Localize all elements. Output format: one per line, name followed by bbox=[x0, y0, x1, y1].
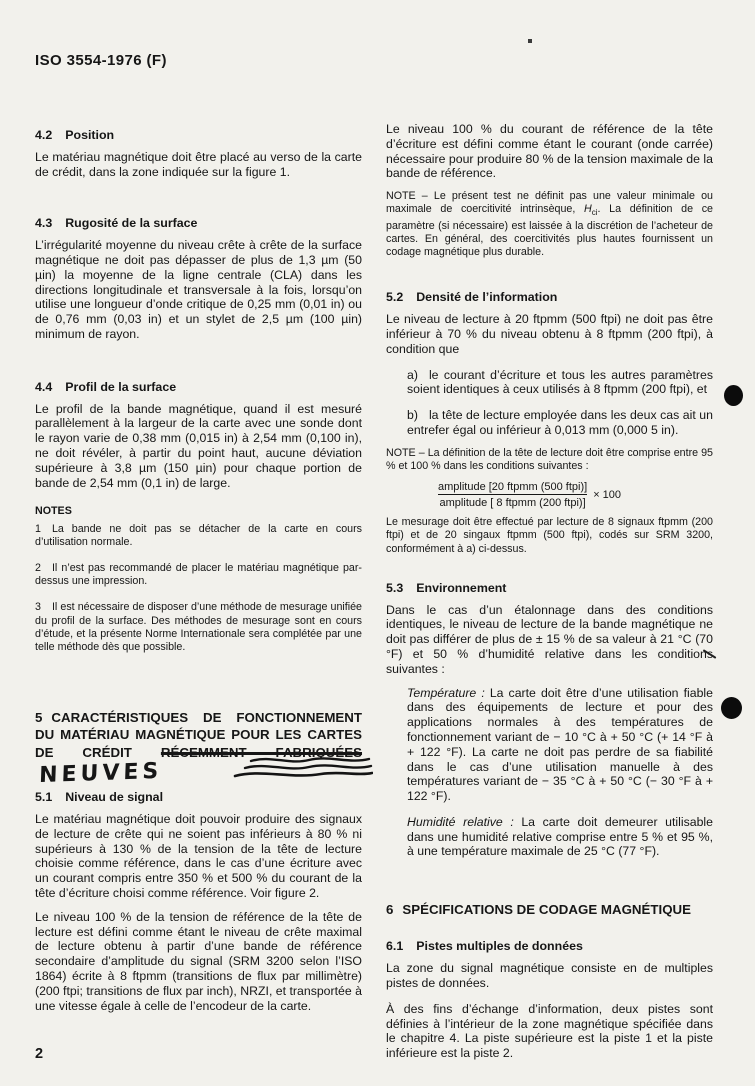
temperature-paragraph: Température : La carte doit être d’une u… bbox=[386, 686, 713, 804]
list-item-b: b)la tête de lecture employée dans les d… bbox=[386, 408, 713, 438]
temperature-lead: Température : bbox=[407, 686, 485, 700]
amplitude-ratio-formula: amplitude [20 ftpmm (500 ftpi)] amplitud… bbox=[438, 480, 713, 510]
list-item-a-marker: a) bbox=[407, 368, 418, 382]
section-4-2-title: Position bbox=[65, 128, 114, 142]
notes-title: NOTES bbox=[35, 505, 362, 518]
section-4-3-number: 4.3 bbox=[35, 216, 52, 230]
section-4-3-title: Rugosité de la surface bbox=[65, 216, 197, 230]
fraction: amplitude [20 ftpmm (500 ftpi)] amplitud… bbox=[438, 480, 587, 510]
section-5-heading: 5CARACTÉRISTIQUES DE FONCTIONNEMENT DU M… bbox=[35, 709, 362, 781]
section-5-3-body: Dans le cas d’un étalonnage dans des con… bbox=[386, 603, 713, 677]
list-item-a-text: le courant d’écriture et tous les autres… bbox=[407, 368, 713, 397]
section-5-1-paragraph-1: Le matériau magnétique doit pouvoir prod… bbox=[35, 812, 362, 901]
humidity-lead: Humidité relative : bbox=[407, 815, 514, 829]
left-column: 4.2Position Le matériau magnétique doit … bbox=[35, 128, 362, 1013]
section-6-1-paragraph-1: La zone du signal magnétique consiste en… bbox=[386, 961, 713, 991]
section-4-4-number: 4.4 bbox=[35, 380, 52, 394]
humidity-paragraph: Humidité relative : La carte doit demeur… bbox=[386, 815, 713, 859]
note-1: 1La bande ne doit pas se détacher de la … bbox=[35, 523, 362, 549]
section-4-4-title: Profil de la surface bbox=[65, 380, 176, 394]
handwritten-underline-squiggle bbox=[231, 756, 373, 782]
note-3-text: Il est nécessaire de disposer d’une méth… bbox=[35, 601, 362, 653]
section-5-1-number: 5.1 bbox=[35, 790, 52, 804]
fraction-numerator: amplitude [20 ftpmm (500 ftpi)] bbox=[438, 480, 587, 494]
section-6-number: 6 bbox=[386, 902, 393, 917]
note-1-text: La bande ne doit pas se détacher de la c… bbox=[35, 523, 362, 548]
section-4-3-heading: 4.3Rugosité de la surface bbox=[35, 216, 362, 231]
note-coercivity: NOTE – Le présent test ne définit pas un… bbox=[386, 190, 713, 259]
hci-symbol: H bbox=[584, 203, 592, 215]
page-number: 2 bbox=[35, 1046, 43, 1062]
punch-hole-dot-top bbox=[724, 385, 743, 406]
section-4-2-heading: 4.2Position bbox=[35, 128, 362, 143]
section-6-1-title: Pistes multiples de données bbox=[416, 939, 583, 953]
section-5-handwritten-correction: NEUVES bbox=[39, 762, 163, 786]
section-4-4-heading: 4.4Profil de la surface bbox=[35, 380, 362, 395]
note-read-head: NOTE – La définition de la tête de lectu… bbox=[386, 447, 713, 473]
section-4-2-number: 4.2 bbox=[35, 128, 52, 142]
note-1-number: 1 bbox=[35, 523, 41, 535]
fraction-denominator: amplitude [ 8 ftpmm (200 ftpi)] bbox=[438, 494, 587, 510]
right-column: Le niveau 100 % du courant de référence … bbox=[386, 122, 713, 1061]
list-item-b-marker: b) bbox=[407, 408, 418, 422]
section-5-2-body: Le niveau de lecture à 20 ftpmm (500 ftp… bbox=[386, 312, 713, 356]
section-6-heading: 6SPÉCIFICATIONS DE CODAGE MAGNÉTIQUE bbox=[386, 901, 713, 918]
temperature-text: La carte doit être d’une utilisation fia… bbox=[407, 686, 713, 804]
section-5-3-number: 5.3 bbox=[386, 581, 403, 595]
section-5-1-paragraph-2: Le niveau 100 % de la tension de référen… bbox=[35, 910, 362, 1014]
section-5-2-heading: 5.2Densité de l’information bbox=[386, 290, 713, 305]
note-3: 3Il est nécessaire de disposer d’une mét… bbox=[35, 601, 362, 654]
section-5-2-title: Densité de l’information bbox=[416, 290, 557, 304]
note-3-number: 3 bbox=[35, 601, 41, 613]
section-5-3-heading: 5.3Environnement bbox=[386, 581, 713, 596]
section-6-title: SPÉCIFICATIONS DE CODAGE MAGNÉTIQUE bbox=[402, 902, 691, 917]
list-item-a: a)le courant d’écriture et tous les autr… bbox=[386, 368, 713, 398]
note-2-number: 2 bbox=[35, 562, 41, 574]
section-5-number: 5 bbox=[35, 710, 42, 725]
section-5-2-number: 5.2 bbox=[386, 290, 403, 304]
section-5-3-title: Environnement bbox=[416, 581, 506, 595]
measurement-paragraph: Le mesurage doit être effectué par lectu… bbox=[386, 516, 713, 556]
section-4-3-body: L’irrégularité moyenne du niveau crête à… bbox=[35, 238, 362, 342]
section-4-4-body: Le profil de la bande magnétique, quand … bbox=[35, 402, 362, 491]
section-5-1-heading: 5.1Niveau de signal bbox=[35, 790, 362, 805]
write-current-paragraph: Le niveau 100 % du courant de référence … bbox=[386, 122, 713, 181]
section-4-2-body: Le matériau magnétique doit être placé a… bbox=[35, 150, 362, 180]
note-2-text: Il n’est pas recommandé de placer le mat… bbox=[35, 562, 362, 587]
section-5-1-title: Niveau de signal bbox=[65, 790, 163, 804]
scan-speck bbox=[528, 39, 532, 43]
formula-multiplier: × 100 bbox=[593, 488, 621, 502]
list-item-b-text: la tête de lecture employée dans les deu… bbox=[407, 408, 713, 437]
document-header: ISO 3554-1976 (F) bbox=[35, 52, 167, 69]
section-6-1-number: 6.1 bbox=[386, 939, 403, 953]
note-2: 2Il n’est pas recommandé de placer le ma… bbox=[35, 562, 362, 588]
section-6-1-paragraph-2: À des fins d’échange d’information, deux… bbox=[386, 1002, 713, 1061]
punch-hole-dot-bottom bbox=[721, 697, 742, 719]
section-6-1-heading: 6.1Pistes multiples de données bbox=[386, 939, 713, 954]
